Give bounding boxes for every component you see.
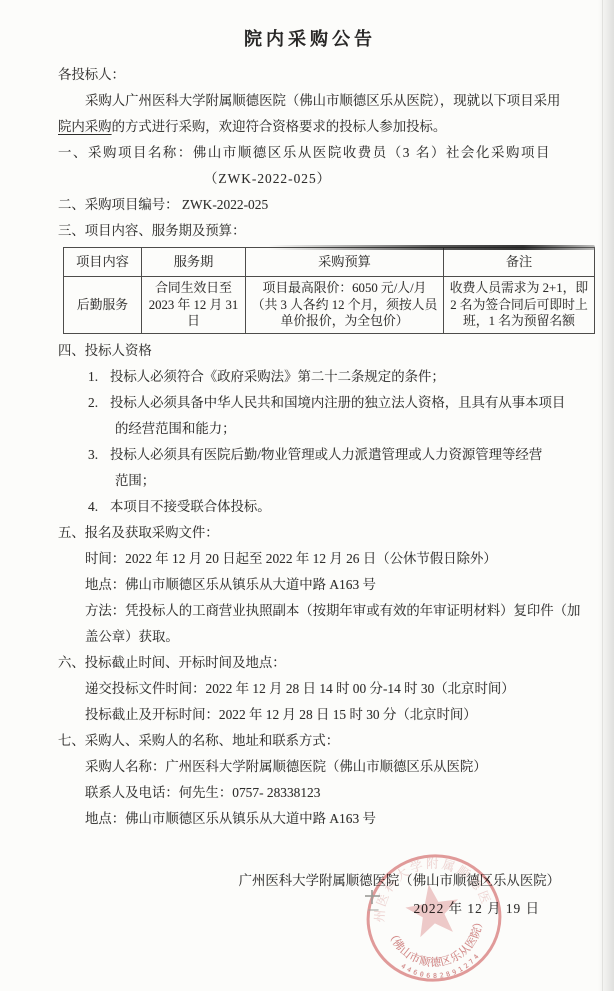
qualification-item-2: 2. 投标人必须具备中华人民共和国境内注册的独立法人资格，且具有从事本项目	[58, 390, 562, 416]
star-icon	[402, 880, 462, 938]
cell-content: 后勤服务	[64, 277, 142, 334]
page-title: 院内采购公告	[58, 26, 562, 52]
section-1-heading: 一、采购项目名称：佛山市顺德区乐从医院收费员（3 名）社会化采购项目	[58, 140, 562, 166]
qualification-item-3-wrap: 范围；	[58, 468, 562, 494]
official-seal-stamp: 广州医科大学附属顺德医院 （佛山市顺德区乐从医院） 4460682891274	[353, 843, 515, 991]
qualification-item-2-wrap: 的经营范围和能力；	[58, 416, 562, 442]
cell-budget: 项目最高限价：6050 元/人/月（共 3 人各约 12 个月，须按人员单价报价…	[246, 277, 444, 334]
col-header-remark: 备注	[444, 248, 595, 277]
registration-time: 时间：2022 年 12 月 20 日起至 2022 年 12 月 26 日（公…	[58, 546, 562, 572]
salutation: 各投标人：	[58, 62, 562, 88]
qualification-item-4: 4. 本项目不接受联合体投标。	[58, 494, 562, 520]
section-4-heading: 四、投标人资格	[58, 338, 562, 364]
item-text: 本项目不接受联合体投标。	[110, 494, 271, 520]
scan-edge-line	[602, 0, 603, 991]
item-text: 投标人必须具有医院后勤/物业管理或人力派遣管理或人力资源管理等经营	[110, 442, 542, 468]
intro-line-2-rest: 的方式进行采购，欢迎符合资格要求的投标人参加投标。	[112, 119, 447, 134]
budget-table: 项目内容 服务期 采购预算 备注 后勤服务 合同生效日至 2023 年 12 月…	[63, 247, 595, 334]
project-code: （ZWK-2022-025）	[58, 166, 562, 192]
item-number: 3.	[88, 442, 110, 468]
item-text: 投标人必须具备中华人民共和国境内注册的独立法人资格，且具有从事本项目	[110, 390, 565, 416]
scan-edge-shade	[598, 0, 614, 991]
table-header-row: 项目内容 服务期 采购预算 备注	[64, 248, 595, 277]
underlined-term: 院内采购	[58, 119, 112, 134]
budget-table-wrap: 项目内容 服务期 采购预算 备注 后勤服务 合同生效日至 2023 年 12 月…	[63, 247, 594, 334]
intro-line-1: 采购人广州医科大学附属顺德医院（佛山市顺德区乐从医院），现就以下项目采用	[58, 88, 562, 114]
col-header-budget: 采购预算	[246, 248, 444, 277]
buyer-address: 地点：佛山市顺德区乐从镇乐从大道中路 A163 号	[58, 806, 562, 832]
qualification-item-3: 3. 投标人必须具有医院后勤/物业管理或人力派遣管理或人力资源管理等经营	[58, 442, 562, 468]
section-7-heading: 七、采购人、采购人的名称、地址和联系方式：	[58, 728, 562, 754]
submission-time: 递交投标文件时间：2022 年 12 月 28 日 14 时 00 分-14 时…	[58, 676, 562, 702]
registration-method-1: 方法：凭投标人的工商营业执照副本（按期年审或有效的年审证明材料）复印件（加	[58, 598, 562, 624]
section-3-heading: 三、项目内容、服务期及预算：	[58, 218, 562, 244]
section-2-heading: 二、采购项目编号： ZWK-2022-025	[58, 192, 562, 218]
buyer-name: 采购人名称：广州医科大学附属顺德医院（佛山市顺德区乐从医院）	[58, 754, 562, 780]
item-number: 2.	[88, 390, 110, 416]
pencil-mark	[363, 888, 383, 914]
section-6-heading: 六、投标截止时间、开标时间及地点：	[58, 650, 562, 676]
intro-line-2: 院内采购的方式进行采购，欢迎符合资格要求的投标人参加投标。	[58, 114, 562, 140]
cell-period: 合同生效日至 2023 年 12 月 31 日	[142, 277, 246, 334]
qualification-item-1: 1. 投标人必须符合《政府采购法》第二十二条规定的条件；	[58, 364, 562, 390]
contact-phone: 联系人及电话：何先生：0757- 28338123	[58, 780, 562, 806]
table-row: 后勤服务 合同生效日至 2023 年 12 月 31 日 项目最高限价：6050…	[64, 277, 595, 334]
col-header-period: 服务期	[142, 248, 246, 277]
col-header-content: 项目内容	[64, 248, 142, 277]
opening-time: 投标截止及开标时间：2022 年 12 月 28 日 15 时 30 分（北京时…	[58, 702, 562, 728]
registration-method-2: 盖公章）获取。	[58, 624, 562, 650]
registration-place: 地点：佛山市顺德区乐从镇乐从大道中路 A163 号	[58, 572, 562, 598]
scanned-procurement-notice: 院内采购公告 各投标人： 采购人广州医科大学附属顺德医院（佛山市顺德区乐从医院）…	[0, 0, 614, 991]
item-number: 1.	[88, 364, 110, 390]
item-text: 投标人必须符合《政府采购法》第二十二条规定的条件；	[110, 364, 445, 390]
section-5-heading: 五、报名及获取采购文件：	[58, 520, 562, 546]
item-number: 4.	[88, 494, 110, 520]
cell-remark: 收费人员需求为 2+1，即 2 名为签合同后可即时上班，1 名为预留名额	[444, 277, 595, 334]
